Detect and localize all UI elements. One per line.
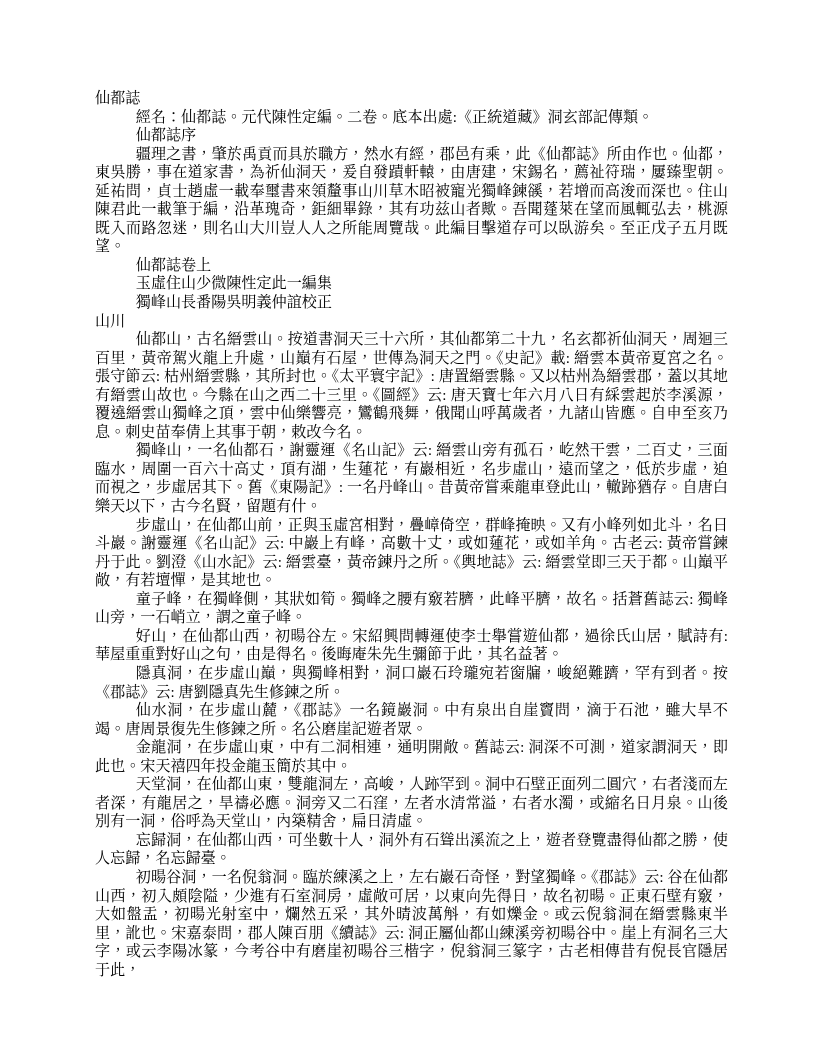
- document-page: 仙都誌 經名：仙都誌。元代陳性定編。二卷。底本出處:《正統道藏》洞玄部記傳類。 …: [0, 0, 816, 1056]
- text-column: 仙都誌 經名：仙都誌。元代陳性定編。二卷。底本出處:《正統道藏》洞玄部記傳類。 …: [95, 90, 728, 980]
- proofreader-line: 獨峰山長番陽吳明義仲誼校正: [95, 294, 728, 313]
- entry-chuyanggu-dong: 初暘谷洞，一名倪翁洞。臨於練溪之上，左右巖石奇怪，對望獨峰。《郡誌》云: 谷在仙…: [95, 869, 728, 980]
- preface-heading: 仙都誌序: [95, 127, 728, 146]
- entry-dufeng-shan: 獨峰山，一名仙都石，謝靈運《名山記》云: 縉雲山旁有孤石，屹然干雲，二百丈，三面…: [95, 442, 728, 516]
- entry-xianshui-dong: 仙水洞，在步虛山麓，《郡誌》一名鏡巖洞。中有泉出自崖竇問，滴于石池，雖大旱不竭。…: [95, 702, 728, 739]
- entry-tongzi-feng: 童子峰，在獨峰側，其狀如筍。獨峰之腰有竅若臍，此峰平臍，故名。括蒼舊誌云: 獨峰…: [95, 591, 728, 628]
- compiler-line: 玉虛住山少微陳性定此一編集: [95, 275, 728, 294]
- entry-tiantang-dong: 天堂洞，在仙都山東，雙龍洞左，高峻，人跡罕到。洞中石壁正面列二圓穴，右者淺而左者…: [95, 776, 728, 832]
- colophon-line: 經名：仙都誌。元代陳性定編。二卷。底本出處:《正統道藏》洞玄部記傳類。: [95, 109, 728, 128]
- entry-hao-shan: 好山，在仙都山西，初暘谷左。宋紹興問轉運使李士舉嘗遊仙都，過徐氏山居，賦詩有: …: [95, 628, 728, 665]
- entry-jinlong-dong: 金龍洞，在步虛山東，中有二洞相連，通明開敞。舊誌云: 洞深不可測，道家謂洞天，即…: [95, 739, 728, 776]
- entry-yinzhen-dong: 隱真洞，在步虛山巔，與獨峰相對，洞口巖石玲瓏宛若窗牖，峻絕難躋，罕有到者。按《郡…: [95, 665, 728, 702]
- preface-paragraph: 疆理之書，肇於禹貢而具於職方，然水有經，郡邑有乘，此《仙都誌》所由作也。仙都，東…: [95, 146, 728, 257]
- entry-buxu-shan: 步虛山，在仙都山前，正與玉虛宮相對，疊嶂倚空，群峰掩映。又有小峰列如北斗，名日斗…: [95, 517, 728, 591]
- doc-title: 仙都誌: [95, 90, 728, 109]
- entry-wanggui-dong: 忘歸洞，在仙都山西，可坐數十人，洞外有石聳出溪流之上，遊者登覽盡得仙都之勝，使人…: [95, 832, 728, 869]
- volume-heading: 仙都誌卷上: [95, 257, 728, 276]
- entry-xiandu-shan: 仙都山，古名縉雲山。按道書洞天三十六所，其仙都第二十九，名玄都祈仙洞天，周迴三百…: [95, 331, 728, 442]
- section-heading-shanchuan: 山川: [95, 313, 728, 332]
